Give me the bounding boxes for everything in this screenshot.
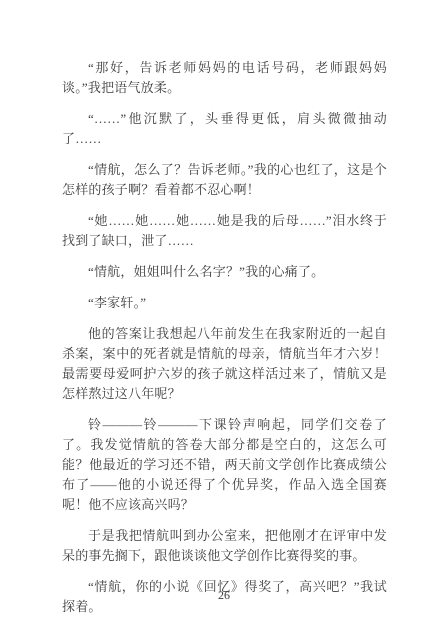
paragraph: “情航，姐姐叫什么名字？”我的心痛了。: [62, 262, 387, 282]
paragraph: “她……她……她……她是我的后母……”泪水终于找到了缺口，泄了……: [62, 211, 387, 251]
paragraph: 于是我把情航叫到办公室来，把他刚才在评审中发呆的事先搁下，跟他谈谈他文学创作比赛…: [62, 526, 387, 566]
paragraph: “情航，怎么了？告诉老师。”我的心也红了，这是个怎样的孩子啊？看着都不忍心啊！: [62, 160, 387, 200]
page-number: 26: [0, 588, 448, 603]
paragraph: “那好，告诉老师妈妈的电话号码，老师跟妈妈谈。”我把语气放柔。: [62, 58, 387, 98]
paragraph: “李家轩。”: [62, 293, 387, 313]
paragraph: 铃———铃———下课铃声响起，同学们交卷了了。我发觉情航的答卷大部分都是空白的，…: [62, 415, 387, 515]
body-text: “那好，告诉老师妈妈的电话号码，老师跟妈妈谈。”我把语气放柔。 “……”他沉默了…: [62, 58, 387, 628]
document-page: “那好，告诉老师妈妈的电话号码，老师跟妈妈谈。”我把语气放柔。 “……”他沉默了…: [0, 0, 448, 640]
paragraph: “……”他沉默了，头垂得更低，肩头微微抽动了……: [62, 109, 387, 149]
paragraph: 他的答案让我想起八年前发生在我家附近的一起自杀案，案中的死者就是情航的母亲，情航…: [62, 324, 387, 404]
